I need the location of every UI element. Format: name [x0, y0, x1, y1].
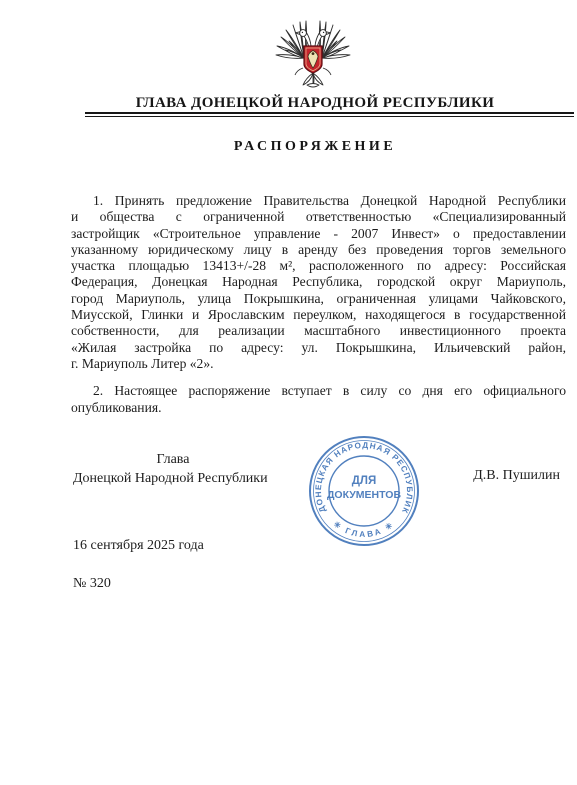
paragraph-line: Миусской, Глинки и Ярославским переулком…: [71, 307, 566, 323]
document-body: 1. Принять предложение Правительства Дон…: [71, 193, 566, 416]
paragraph-line: опубликования.: [71, 400, 566, 416]
document-number: № 320: [73, 576, 111, 592]
stamp-center-line2: ДОКУМЕНТОВ: [327, 489, 402, 501]
signatory-role-line1: Глава: [73, 450, 273, 469]
paragraph-line: г. Мариуполь Литер «2».: [71, 356, 566, 372]
header-double-rule: [85, 112, 574, 117]
paragraph-line: город Мариуполь, улица Покрышкина, огран…: [71, 291, 566, 307]
paragraph-line: 2. Настоящее распоряжение вступает в сил…: [71, 383, 566, 399]
paragraph: 2. Настоящее распоряжение вступает в сил…: [71, 383, 566, 416]
paragraph-line: и общества с ограниченной ответственност…: [71, 209, 566, 225]
paragraph-line: указанному юридическому лицу в аренду бе…: [71, 242, 566, 258]
eagle-eye-left: [302, 32, 303, 33]
emblem-shield: [304, 46, 322, 73]
paragraph-line: участка площадью 13413+/-28 м², располож…: [71, 258, 566, 274]
signatory-role: Глава Донецкой Народной Республики: [73, 450, 273, 488]
document-type-title: РАСПОРЯЖЕНИЕ: [53, 139, 577, 155]
paragraph-line: Федерация, Донецкая Народная Республика,…: [71, 274, 566, 290]
eagle-eye-right: [323, 32, 324, 33]
paragraph-line: застройщик «Строительное управление - 20…: [71, 226, 566, 242]
paragraph-line: 1. Принять предложение Правительства Дон…: [71, 193, 566, 209]
official-stamp: ДОНЕЦКАЯ НАРОДНАЯ РЕСПУБЛИКА ✳ ГЛАВА ✳ Д…: [307, 434, 421, 548]
signatory-name: Д.В. Пушилин: [440, 468, 560, 484]
dnr-coat-of-arms-emblem: [273, 20, 353, 92]
signatory-role-line2: Донецкой Народной Республики: [73, 469, 273, 488]
decree-document-page: { "header": { "org_title": "ГЛАВА ДОНЕЦК…: [0, 0, 577, 785]
document-date: 16 сентября 2025 года: [73, 538, 204, 554]
stamp-center-line1: ДЛЯ: [352, 475, 377, 487]
issuer-title: ГЛАВА ДОНЕЦКОЙ НАРОДНОЙ РЕСПУБЛИКИ: [53, 95, 577, 112]
paragraph: 1. Принять предложение Правительства Дон…: [71, 193, 566, 372]
paragraph-line: «Жилая застройка по адресу: ул. Покрышки…: [71, 340, 566, 356]
paragraph-line: собственности, для реализации масштабног…: [71, 323, 566, 339]
